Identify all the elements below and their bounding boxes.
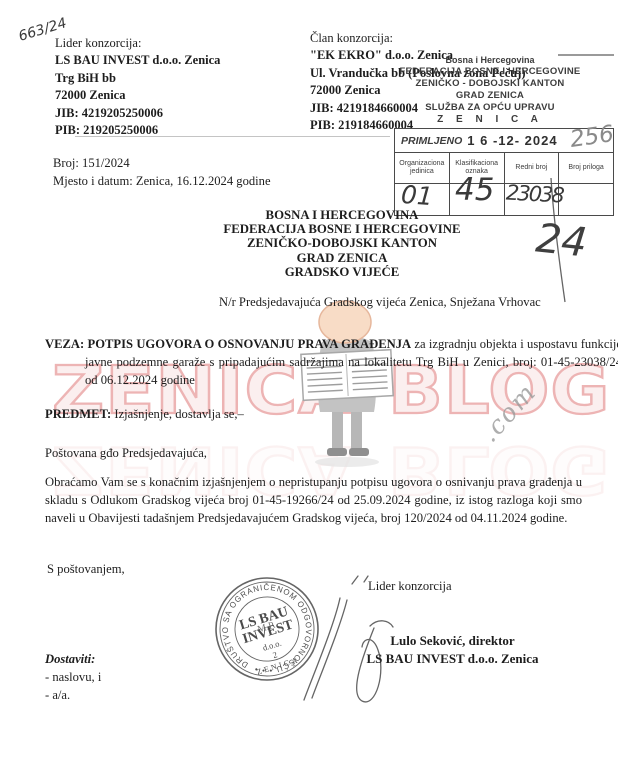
primljeno-label: PRIMLJENO: [401, 135, 462, 147]
place-date-line: Mjesto i datum: Zenica, 16.12.2024 godin…: [53, 174, 271, 189]
clan-label: Član konzorcija:: [310, 30, 526, 47]
lider-jib: JIB: 4219205250006: [55, 105, 220, 122]
lider-konzorcija-block: Lider konzorcija: LS BAU INVEST d.o.o. Z…: [55, 35, 220, 139]
receipt-stamp-line4: GRAD ZENICA: [372, 90, 608, 102]
lider-label: Lider konzorcija:: [55, 35, 220, 52]
recipient-line4: GRAD ZENICA: [66, 251, 618, 265]
lider-company: LS BAU INVEST d.o.o. Zenica: [55, 52, 220, 69]
receipt-stamp-line5: SLUŽBA ZA OPĆU UPRAVU: [372, 102, 608, 114]
receipt-stamp-line6: Z E N I C A: [372, 114, 608, 126]
receipt-stamp-line1: Bosna i Hercegovina: [372, 54, 608, 66]
signature-role-line: Lider konzorcija: [368, 579, 452, 594]
stamp-center-line4: 2: [271, 649, 278, 660]
signature-company-line: LS BAU INVEST d.o.o. Zenica: [330, 651, 575, 667]
lider-city: 72000 Zenica: [55, 87, 220, 104]
recipient-header: BOSNA I HERCEGOVINA FEDERACIJA BOSNE I H…: [66, 208, 618, 279]
veza-subject-bold: POTPIS UGOVORA O OSNOVANJU PRAVA GRAĐENJ…: [88, 337, 412, 351]
salutation-line: Poštovana gđo Predsjedavajuća,: [45, 446, 207, 461]
recipient-line5: GRADSKO VIJEĆE: [66, 265, 618, 279]
dostaviti-item-aa: - a/a.: [45, 686, 101, 704]
veza-paragraph: VEZA: POTPIS UGOVORA O OSNOVANJU PRAVA G…: [45, 336, 618, 389]
dostaviti-item-naslovu: - naslovu, i: [45, 668, 101, 686]
document-number-line: Broj: 151/2024: [53, 156, 130, 171]
predmet-label: PREDMET:: [45, 407, 111, 421]
lider-pib: PIB: 219205250006: [55, 122, 220, 139]
receipt-stamp-line3: ZENIČKO - DOBOJSKI KANTON: [372, 78, 608, 90]
handwritten-klasifikaciona: 45: [455, 172, 494, 208]
closing-line: S poštovanjem,: [47, 562, 125, 577]
veza-label: VEZA:: [45, 337, 84, 351]
receipt-stamp-line2: FEDERACIJA BOSNE I HERCEGOVINE: [372, 66, 608, 78]
dostaviti-label: Dostaviti:: [45, 650, 101, 668]
signature-name-line: Lulo Seković, direktor: [330, 633, 575, 649]
lider-street: Trg BiH bb: [55, 70, 220, 87]
scanned-letter-page: ZENICA BLOG ZENICA BLOG .com 663/24: [0, 0, 618, 768]
primljeno-date: 1 6 -12- 2024: [467, 133, 557, 148]
recipient-line1: BOSNA I HERCEGOVINA: [66, 208, 618, 222]
dostaviti-block: Dostaviti: - naslovu, i - a/a.: [45, 650, 101, 704]
handwritten-org-jedinica: 01: [400, 180, 434, 211]
attention-line: N/r Predsjedavajuća Gradskog vijeća Zeni…: [219, 295, 541, 310]
predmet-text: Izjašnjenje, dostavlja se,–: [114, 407, 243, 421]
predmet-line: PREDMET: Izjašnjenje, dostavlja se,–: [45, 406, 582, 424]
body-paragraph: Obraćamo Vam se s konačnim izjašnjenjem …: [45, 474, 582, 527]
recipient-line2: FEDERACIJA BOSNE I HERCEGOVINE: [66, 222, 618, 236]
receipt-stamp-header: Bosna i Hercegovina FEDERACIJA BOSNE I H…: [372, 54, 608, 126]
receipt-col-organizaciona: Organizaciona jedinica: [395, 153, 450, 183]
recipient-line3: ZENIČKO-DOBOJSKI KANTON: [66, 236, 618, 250]
